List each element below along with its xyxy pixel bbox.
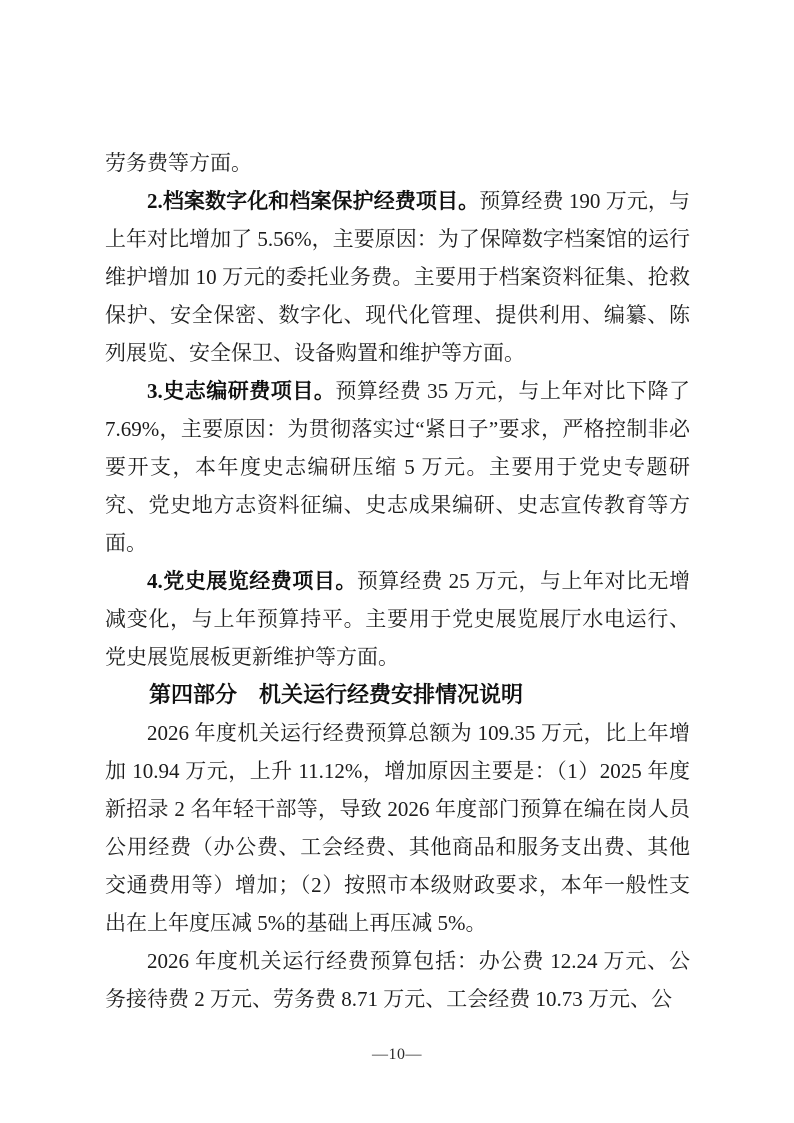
paragraph-operating-budget-breakdown: 2026 年度机关运行经费预算包括：办公费 12.24 万元、公务接待费 2 万… [105, 942, 690, 1018]
item-2-body: 预算经费 190 万元，与上年对比增加了 5.56%，主要原因：为了保障数字档案… [105, 189, 690, 365]
item-2-title: 2.档案数字化和档案保护经费项目。 [147, 189, 479, 213]
page-footer: —10— [0, 1036, 794, 1074]
page-number: —10— [372, 1046, 422, 1063]
paragraph-item-history-research: 3.史志编研费项目。预算经费 35 万元，与上年对比下降了 7.69%，主要原因… [105, 372, 690, 562]
paragraph-item-party-history-exhibition: 4.党史展览经费项目。预算经费 25 万元，与上年对比无增减变化，与上年预算持平… [105, 562, 690, 676]
section-4-heading: 第四部分 机关运行经费安排情况说明 [105, 676, 690, 714]
paragraph-operating-budget-total: 2026 年度机关运行经费预算总额为 109.35 万元，比上年增加 10.94… [105, 714, 690, 942]
item-4-title: 4.党史展览经费项目。 [147, 569, 357, 593]
paragraph-item-archives-digitization: 2.档案数字化和档案保护经费项目。预算经费 190 万元，与上年对比增加了 5.… [105, 182, 690, 372]
document-content: 劳务费等方面。 2.档案数字化和档案保护经费项目。预算经费 190 万元，与上年… [105, 144, 690, 1018]
item-3-body: 预算经费 35 万元，与上年对比下降了 7.69%，主要原因：为贯彻落实过“紧日… [105, 379, 690, 555]
document-page: 劳务费等方面。 2.档案数字化和档案保护经费项目。预算经费 190 万元，与上年… [0, 0, 794, 1123]
item-3-title: 3.史志编研费项目。 [147, 379, 335, 403]
paragraph-continuation: 劳务费等方面。 [105, 144, 690, 182]
